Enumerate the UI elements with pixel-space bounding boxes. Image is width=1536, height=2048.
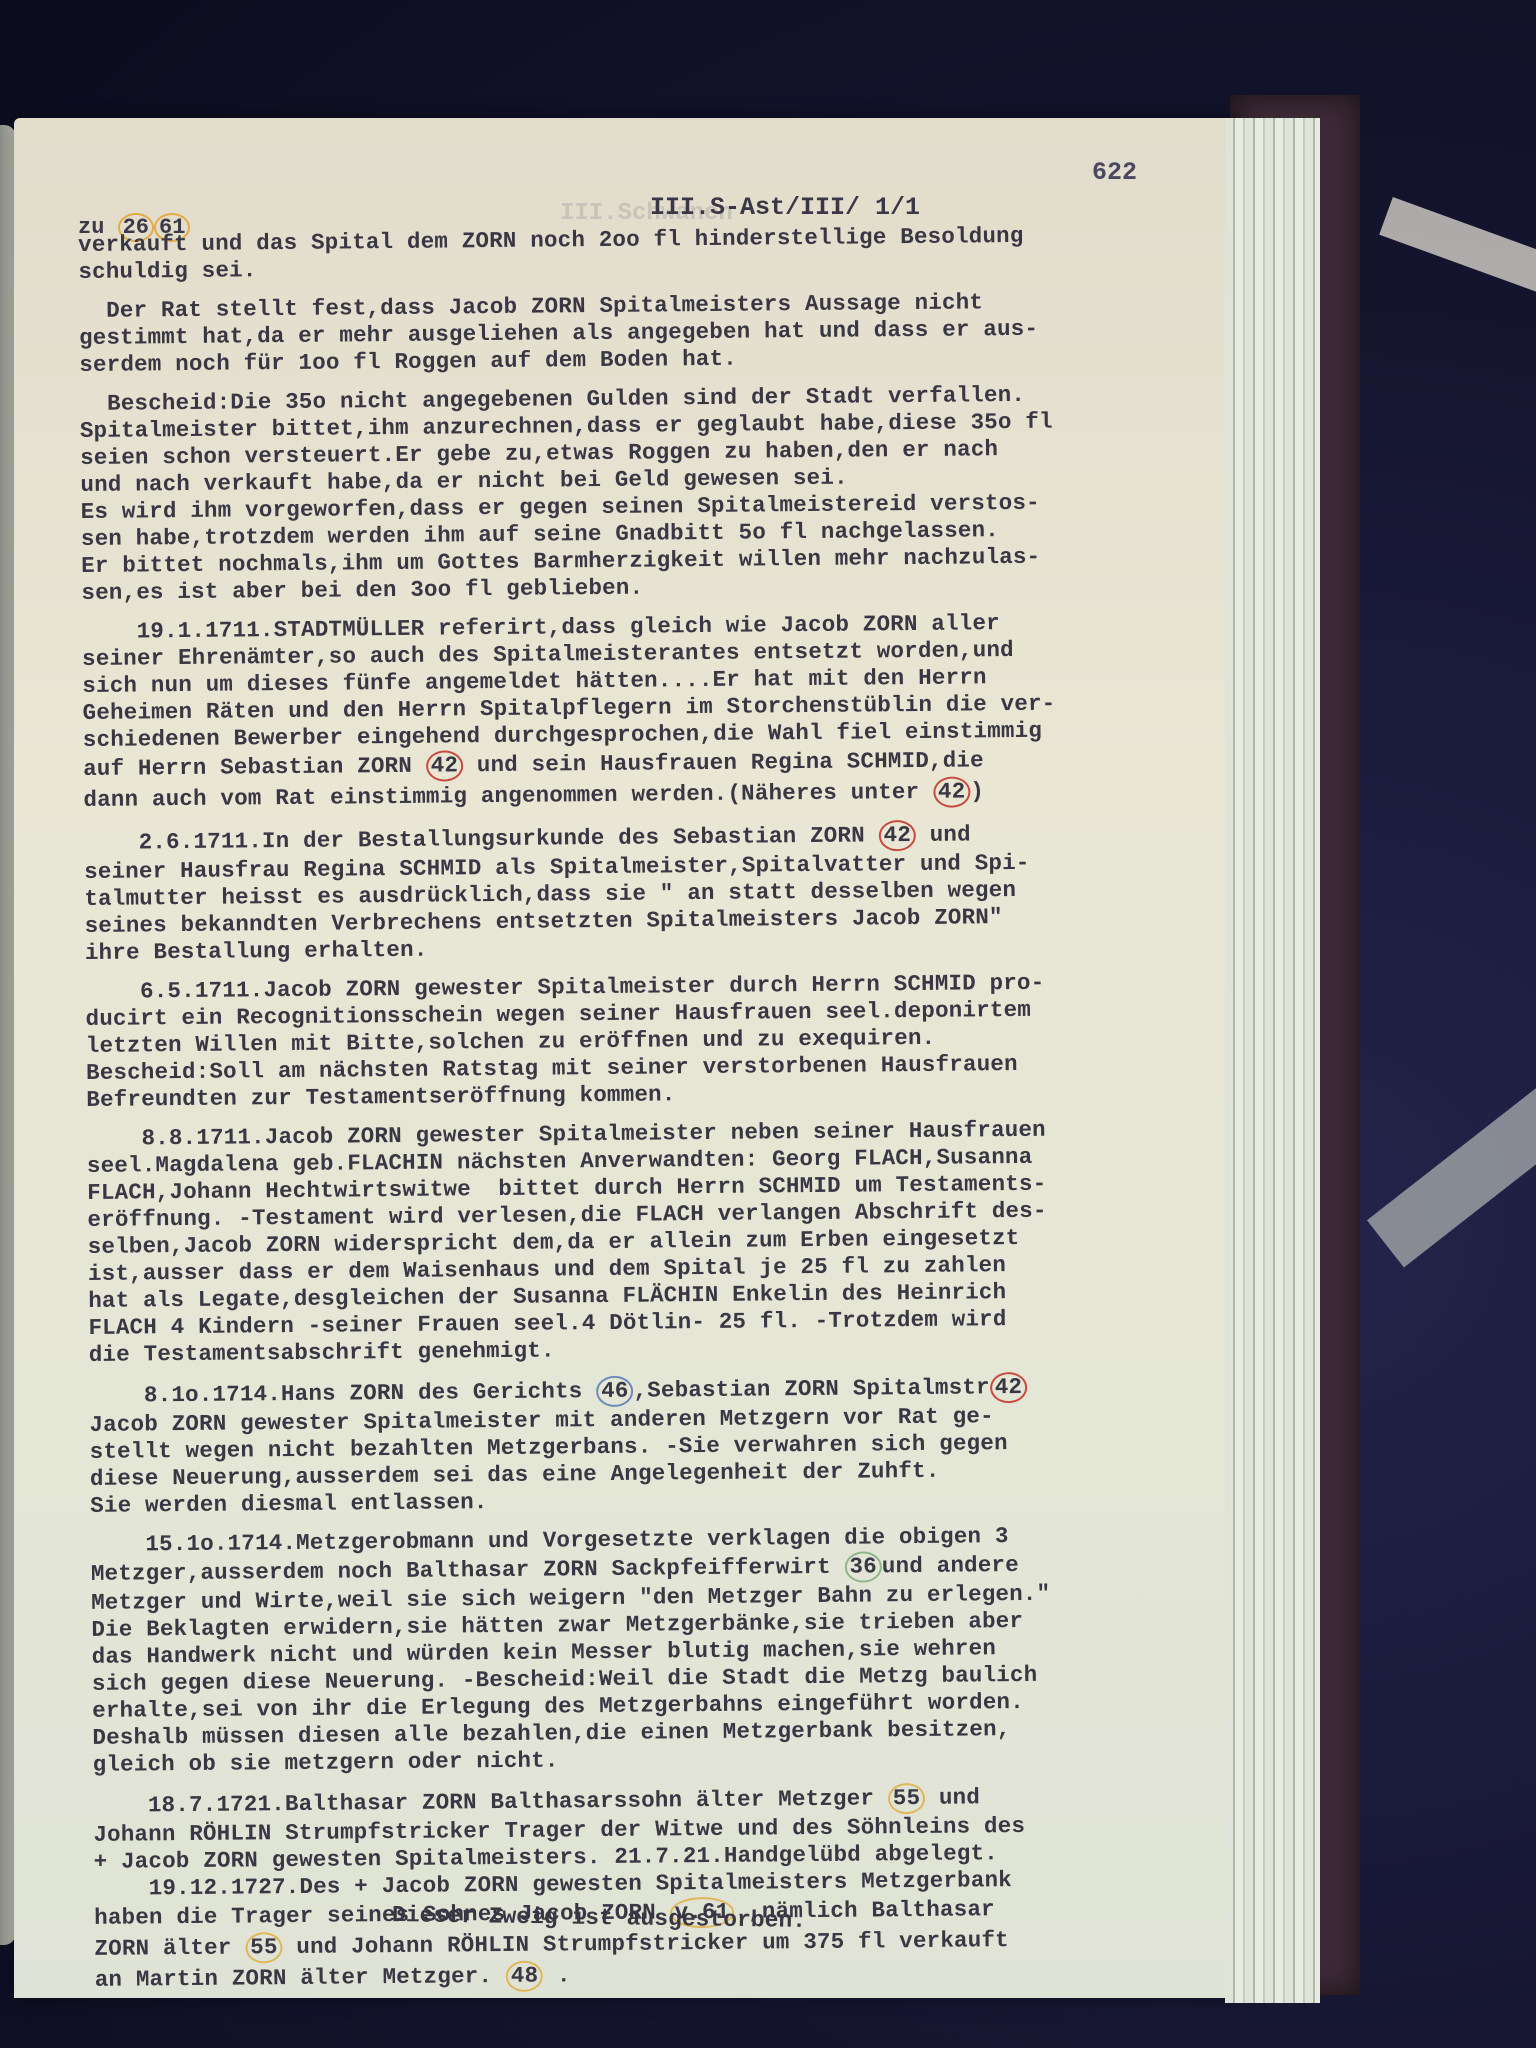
paper-strip-lower <box>1367 1072 1536 1267</box>
paragraph: 8.1o.1714.Hans ZORN des Gerichts 46,Seba… <box>89 1370 1250 1520</box>
circled-cross-reference: 55 <box>888 1783 926 1814</box>
paragraph: Der Rat stellt fest,dass Jacob ZORN Spit… <box>79 287 1240 379</box>
paragraph: 15.1o.1714.Metzgerobmann und Vorgesetzte… <box>90 1521 1252 1779</box>
circled-cross-reference: 42 <box>990 1372 1028 1403</box>
circled-cross-reference: 42 <box>426 750 464 781</box>
paragraph: verkauft und das Spital dem ZORN noch 2o… <box>78 221 1238 286</box>
circled-cross-reference: 46 <box>596 1376 634 1407</box>
circled-cross-reference: 55 <box>245 1932 283 1963</box>
paragraph: 2.6.1711.In der Bestallungsurkunde des S… <box>84 817 1245 967</box>
page-number: 622 <box>1092 158 1137 187</box>
paragraph: 18.7.1721.Balthasar ZORN Balthasarssohn … <box>93 1780 1255 1996</box>
circled-cross-reference: 42 <box>878 820 916 851</box>
paragraph: 6.5.1711.Jacob ZORN gewester Spitalmeist… <box>85 968 1246 1114</box>
circled-cross-reference: 36 <box>844 1551 882 1582</box>
paragraph: 8.8.1711.Jacob ZORN gewester Spitalmeist… <box>87 1115 1249 1369</box>
section-code: III.S-Ast/III/ 1/1 <box>650 193 920 222</box>
paragraph: 19.1.1711.STADTMÜLLER referirt,dass glei… <box>82 608 1244 816</box>
paragraph: Bescheid:Die 35o nicht angegebenen Gulde… <box>80 380 1242 607</box>
typewritten-body: verkauft und das Spital dem ZORN noch 2o… <box>78 221 1255 2008</box>
circled-cross-reference: 48 <box>506 1961 544 1992</box>
paper-strip-upper <box>1379 197 1536 303</box>
circled-cross-reference: 42 <box>933 776 971 807</box>
